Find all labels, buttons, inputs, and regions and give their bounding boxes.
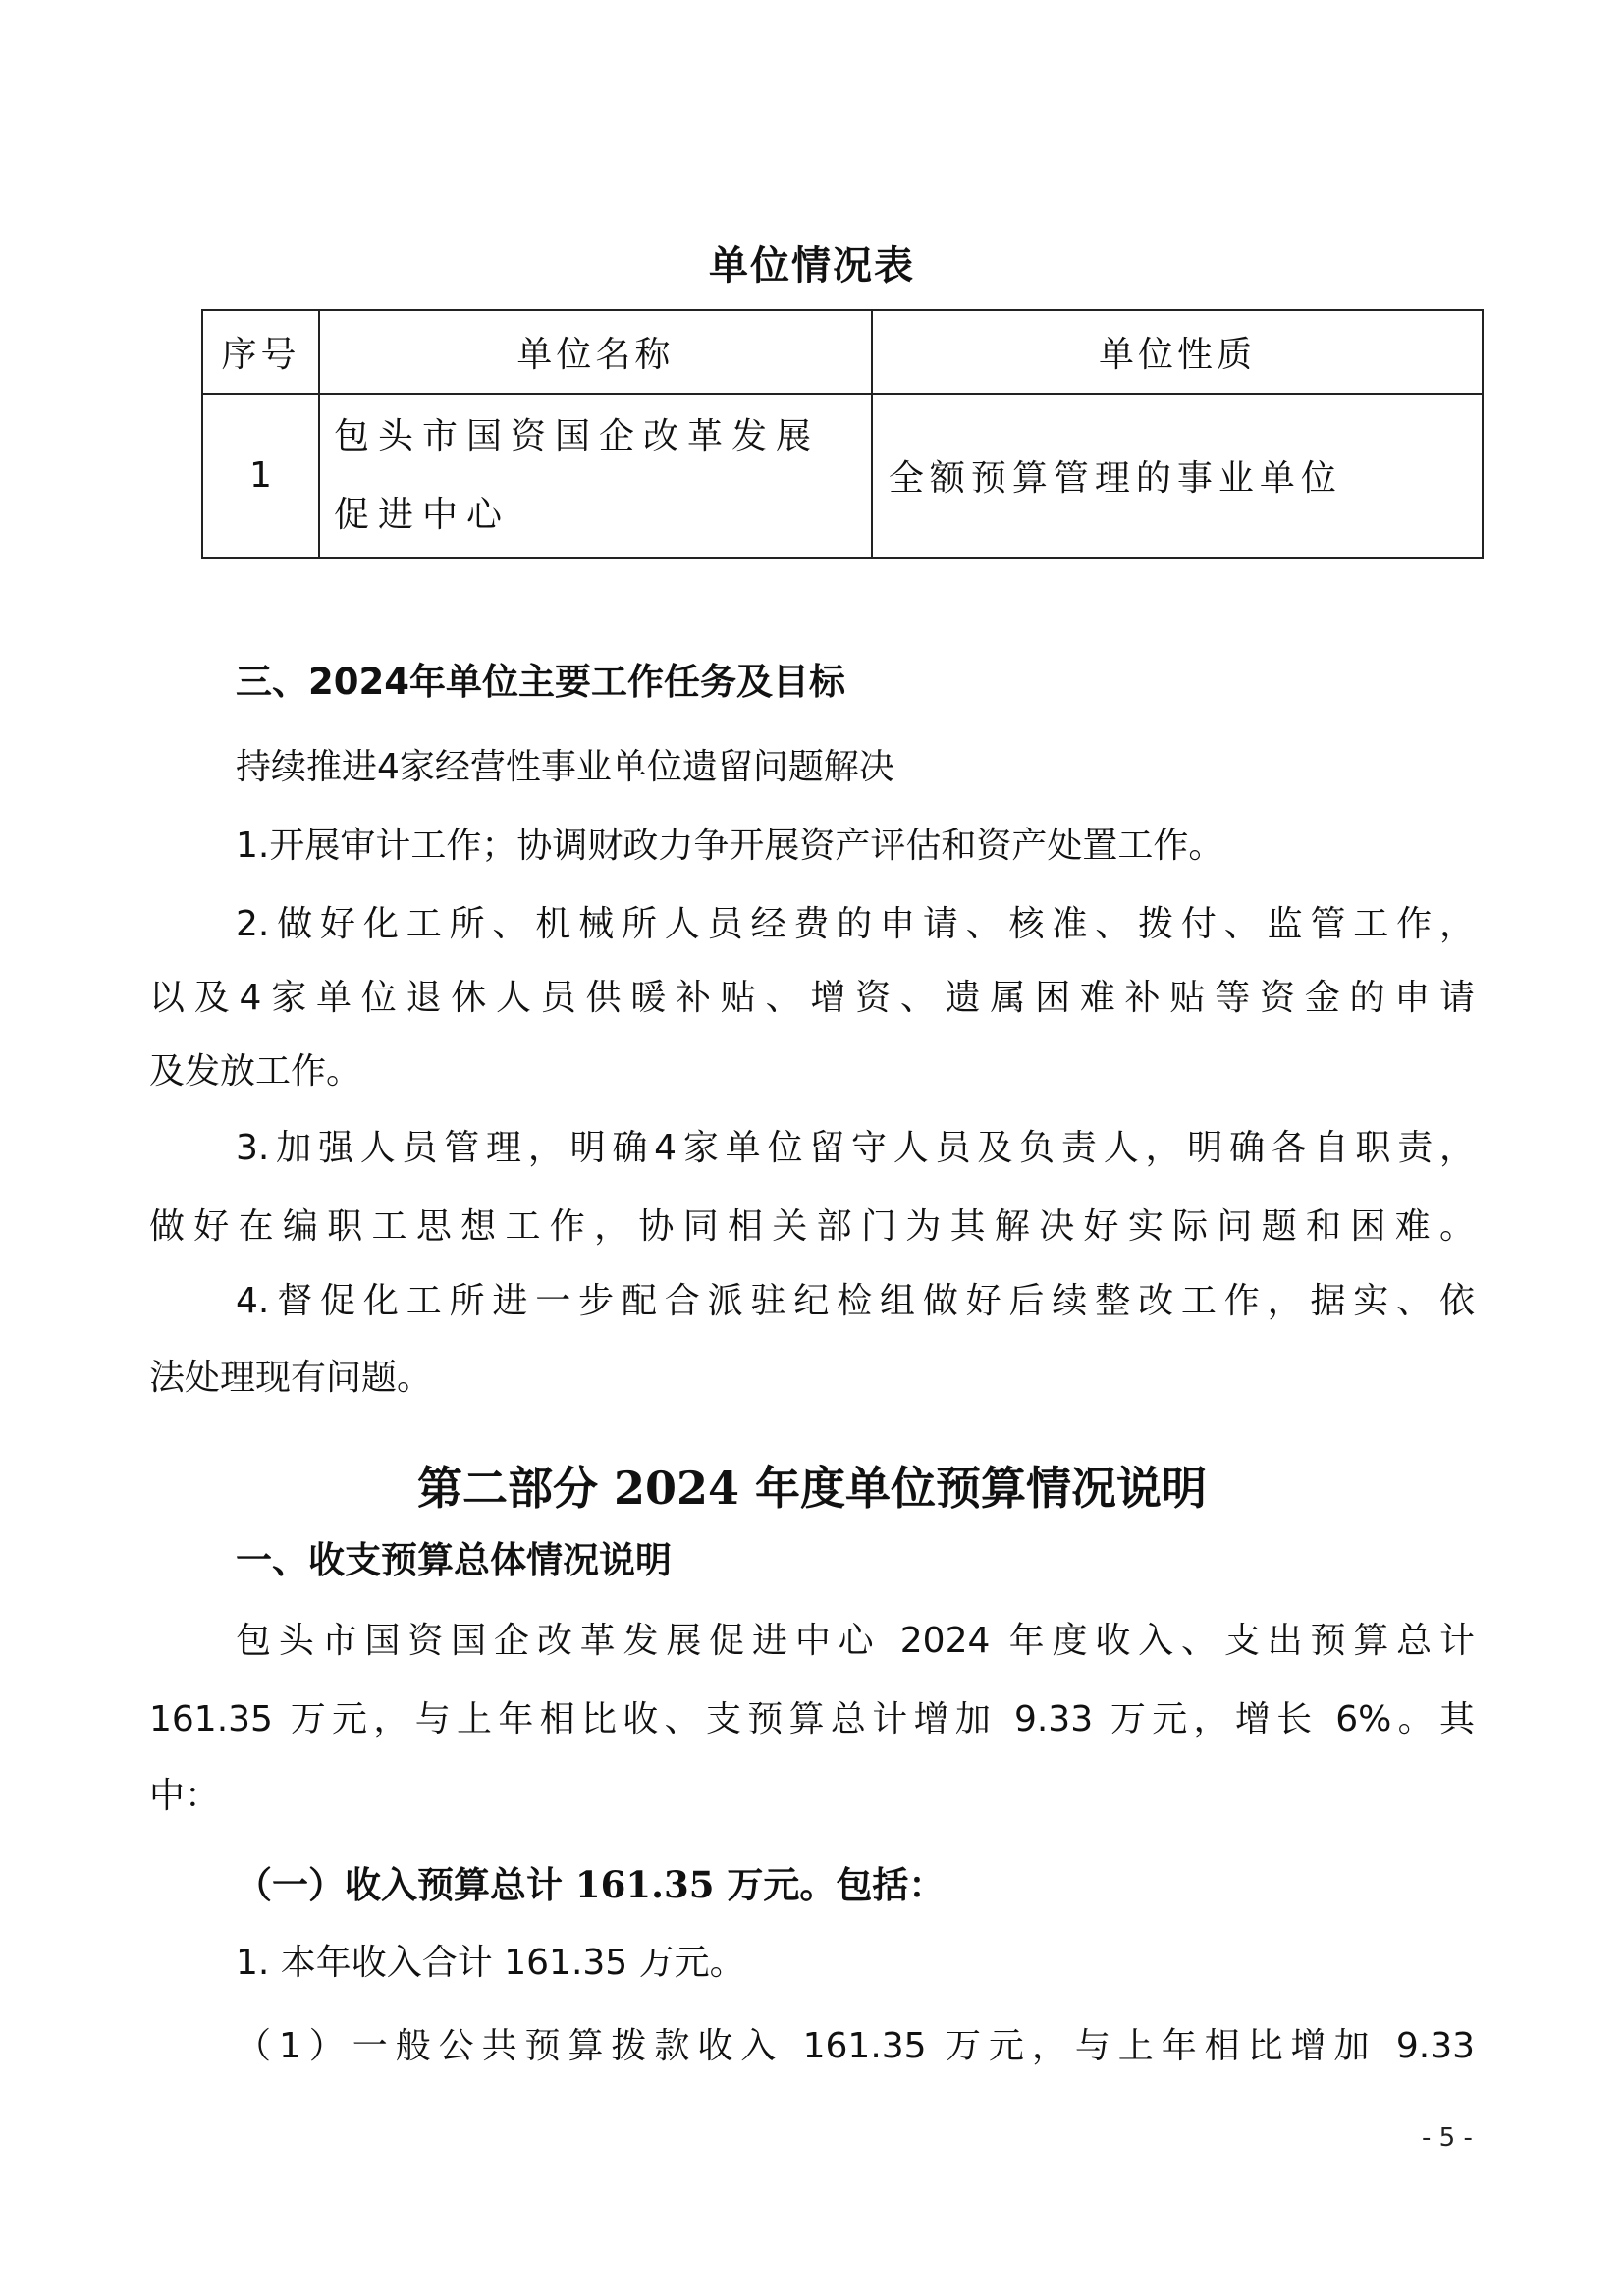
- unit-info-table: 序号 单位名称 单位性质 1 包头市国资国企改革发展促进中心 全额预算管理的事业…: [201, 309, 1484, 559]
- page-number: - 5 -: [1422, 2122, 1473, 2154]
- table-row: 1 包头市国资国企改革发展促进中心 全额预算管理的事业单位: [202, 394, 1483, 558]
- paragraph-line: 做好在编职工思想工作，协同相关部门为其解决好实际问题和困难。: [149, 1203, 1475, 1251]
- paragraph-line: 1.开展审计工作；协调财政力争开展资产评估和资产处置工作。: [236, 823, 1475, 870]
- cell-unit-nature: 全额预算管理的事业单位: [872, 394, 1483, 558]
- table-header-row: 序号 单位名称 单位性质: [202, 310, 1483, 394]
- header-unit-name: 单位名称: [319, 310, 872, 394]
- paragraph-line: 4.督促化工所进一步配合派驻纪检组做好后续整改工作，据实、依: [236, 1278, 1475, 1325]
- header-index: 序号: [202, 310, 319, 394]
- paragraph-line: 法处理现有问题。: [149, 1355, 1475, 1402]
- section-heading-overview: 一、收支预算总体情况说明: [236, 1537, 672, 1584]
- paragraph-line: 2.做好化工所、机械所人员经费的申请、核准、拨付、监管工作，: [236, 901, 1475, 948]
- paragraph-line: 中：: [149, 1773, 1475, 1820]
- paragraph-line: 1. 本年收入合计 161.35 万元。: [236, 1940, 1475, 1987]
- paragraph-line: 3.加强人员管理，明确4家单位留守人员及负责人，明确各自职责，: [236, 1125, 1475, 1172]
- section-heading-tasks: 三、2024年单位主要工作任务及目标: [236, 659, 845, 706]
- table-title: 单位情况表: [0, 241, 1624, 291]
- part-heading: 第二部分 2024 年度单位预算情况说明: [0, 1459, 1624, 1518]
- paragraph-line: 包头市国资国企改革发展促进中心 2024 年度收入、支出预算总计: [236, 1618, 1475, 1665]
- paragraph-line: 161.35 万元，与上年相比收、支预算总计增加 9.33 万元，增长 6%。其: [149, 1696, 1475, 1743]
- paragraph-line: （1）一般公共预算拨款收入 161.35 万元，与上年相比增加 9.33: [236, 2023, 1475, 2070]
- header-unit-nature: 单位性质: [872, 310, 1483, 394]
- paragraph-line: 及发放工作。: [149, 1048, 1475, 1095]
- cell-index: 1: [202, 394, 319, 558]
- income-heading: （一）收入预算总计 161.35 万元。包括：: [236, 1861, 945, 1908]
- paragraph-line: 以及4家单位退休人员供暖补贴、增资、遗属困难补贴等资金的申请: [149, 975, 1475, 1022]
- paragraph-line: 持续推进4家经营性事业单位遗留问题解决: [236, 744, 1475, 791]
- document-page: 单位情况表 序号 单位名称 单位性质 1 包头市国资国企改革发展促进中心 全额预…: [0, 0, 1624, 2296]
- cell-unit-name: 包头市国资国企改革发展促进中心: [319, 394, 872, 558]
